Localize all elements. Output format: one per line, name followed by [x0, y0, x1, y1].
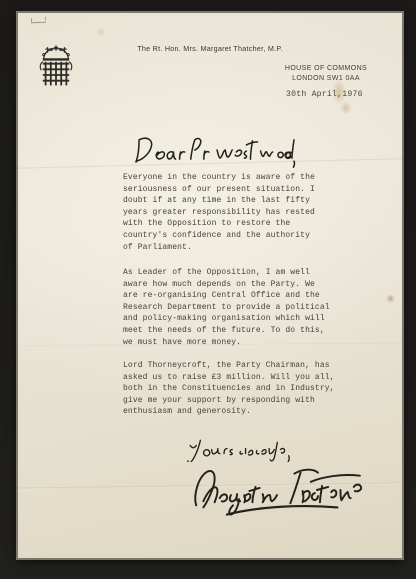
foxing-stain	[96, 28, 106, 36]
letter-paper: The Rt. Hon. Mrs. Margaret Thatcher, M.P…	[18, 13, 402, 558]
pencil-mark	[31, 17, 46, 24]
letterhead-address-line1: HOUSE OF COMMONS	[270, 64, 382, 74]
signature-handwriting	[188, 460, 364, 520]
body-paragraph-2: As Leader of the Opposition, I am well a…	[123, 267, 355, 348]
salutation-handwriting	[132, 133, 296, 169]
letterhead-address: HOUSE OF COMMONS LONDON SW1 0AA	[270, 64, 382, 84]
foxing-stain	[340, 101, 352, 115]
signature-underline	[227, 506, 338, 515]
letterhead-address-line2: LONDON SW1 0AA	[270, 74, 382, 84]
closing-handwriting	[184, 435, 302, 462]
foxing-stain	[386, 294, 395, 303]
letterhead-name: The Rt. Hon. Mrs. Margaret Thatcher, M.P…	[18, 44, 402, 53]
black-frame-mat: The Rt. Hon. Mrs. Margaret Thatcher, M.P…	[0, 0, 416, 579]
body-paragraph-3: Lord Thorneycroft, the Party Chairman, h…	[123, 360, 355, 418]
body-paragraph-1: Everyone in the country is aware of the …	[123, 172, 355, 253]
letterhead-date: 30th April,1976	[286, 90, 363, 99]
